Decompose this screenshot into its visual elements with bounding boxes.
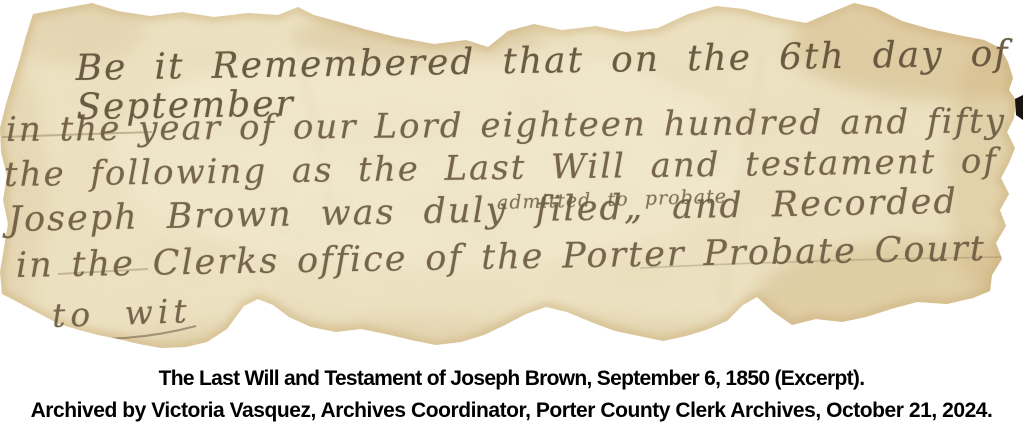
- caption-credit: Archived by Victoria Vasquez, Archives C…: [0, 395, 1023, 427]
- caption-title: The Last Will and Testament of Joseph Br…: [0, 363, 1023, 395]
- caption: The Last Will and Testament of Joseph Br…: [0, 363, 1023, 427]
- manuscript-line-6: to wit: [51, 293, 192, 333]
- edge-mark: [1015, 95, 1023, 120]
- archival-scan-page: Be it Remembered that on the 6th day of …: [0, 0, 1023, 437]
- manuscript-line-2: in the year of our Lord eighteen hundred…: [6, 103, 1006, 148]
